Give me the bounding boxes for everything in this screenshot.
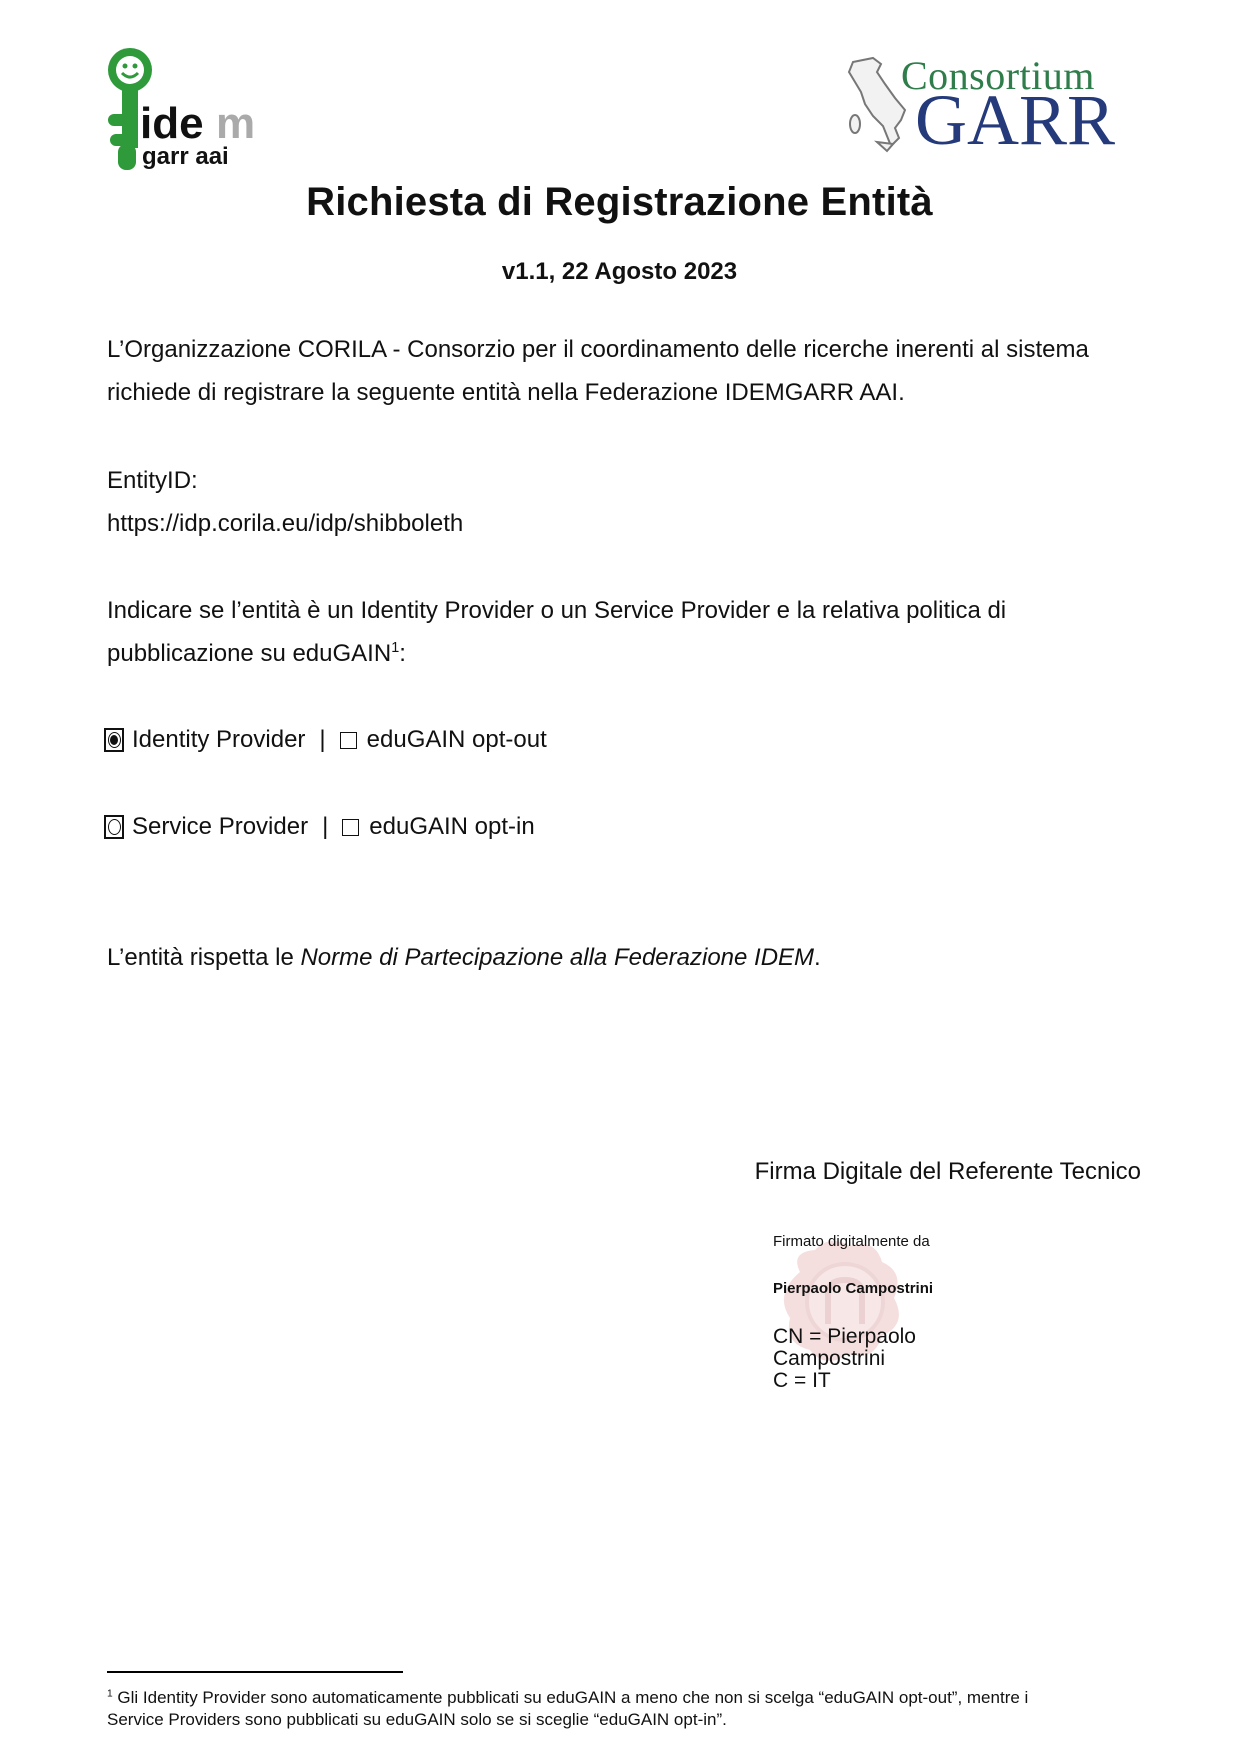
service-provider-radio[interactable] [104, 815, 124, 839]
edugain-opt-in-checkbox[interactable] [342, 819, 359, 836]
svg-text:m: m [216, 99, 255, 148]
signer-country: C = IT [773, 1370, 831, 1392]
signer-cn-line-1: CN = Pierpaolo [773, 1326, 916, 1348]
edugain-opt-out-label: eduGAIN opt-out [367, 726, 547, 754]
compliance-prefix: L’entità rispetta le [107, 944, 300, 971]
intro-line-1: L’Organizzazione CORILA - Consorzio per … [107, 336, 1089, 364]
question-line-2: pubblicazione su eduGAIN1: [107, 640, 406, 668]
idem-key-icon: ide m garr aai [104, 46, 294, 174]
footnote-line-2: Service Providers sono pubblicati su edu… [107, 1710, 727, 1730]
svg-text:garr aai: garr aai [142, 143, 229, 170]
option-separator: | [319, 726, 325, 754]
entity-id-label: EntityID: [107, 467, 198, 495]
entity-id-value: https://idp.corila.eu/idp/shibboleth [107, 510, 463, 538]
identity-provider-radio[interactable] [104, 728, 124, 752]
compliance-norms: Norme di Partecipazione alla Federazione… [300, 944, 814, 971]
option-service-provider: Service Provider | eduGAIN opt-in [104, 813, 535, 841]
compliance-suffix: . [814, 944, 821, 971]
question-suffix: : [399, 640, 406, 667]
intro-line-2: richiede di registrare la seguente entit… [107, 379, 905, 407]
signature-heading: Firma Digitale del Referente Tecnico [755, 1158, 1141, 1186]
footnote-divider [107, 1671, 403, 1673]
footnote-text-1: Gli Identity Provider sono automaticamen… [113, 1688, 1029, 1707]
option-separator: | [322, 813, 328, 841]
edugain-opt-in-label: eduGAIN opt-in [369, 813, 534, 841]
edugain-opt-out-checkbox[interactable] [340, 732, 357, 749]
consortium-garr-logo: Consortium GARR [843, 54, 1143, 154]
logo-garr-text: GARR [915, 84, 1115, 156]
question-line-1: Indicare se l’entità è un Identity Provi… [107, 597, 1006, 625]
document-version: v1.1, 22 Agosto 2023 [0, 258, 1239, 286]
service-provider-label: Service Provider [132, 813, 308, 841]
compliance-statement: L’entità rispetta le Norme di Partecipaz… [107, 944, 821, 972]
signed-by-label: Firmato digitalmente da [773, 1233, 930, 1250]
question-text: pubblicazione su eduGAIN [107, 640, 391, 667]
radio-unselected-icon [108, 819, 121, 835]
svg-text:ide: ide [140, 99, 204, 148]
identity-provider-label: Identity Provider [132, 726, 305, 754]
footnote-ref: 1 [391, 640, 399, 656]
idem-garr-aai-logo: ide m garr aai [104, 46, 294, 174]
signer-name: Pierpaolo Campostrini [773, 1280, 933, 1297]
document-title: Richiesta di Registrazione Entità [0, 180, 1239, 225]
footnote-line-1: 1 Gli Identity Provider sono automaticam… [107, 1688, 1028, 1708]
radio-selected-icon [108, 732, 121, 748]
signer-cn-line-2: Campostrini [773, 1348, 885, 1370]
option-identity-provider: Identity Provider | eduGAIN opt-out [104, 726, 547, 754]
